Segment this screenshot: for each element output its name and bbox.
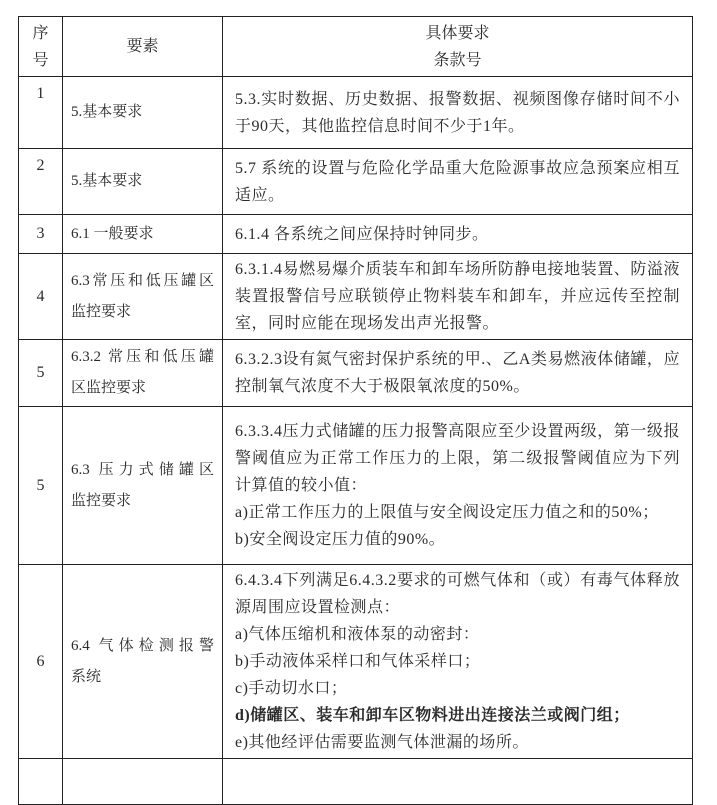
element-cell: 6.3常压和低压罐区监控要求	[63, 254, 223, 340]
requirement-paragraph: 6.3.3.4压力式储罐的压力报警高限应至少设置两级，第一级报警阈值应为正常工作…	[235, 418, 680, 499]
requirement-cell: 5.7 系统的设置与危险化学品重大危险源事故应急预案应相互适应。	[223, 149, 693, 215]
requirement-paragraph: 6.1.4 各系统之间应保持时钟同步。	[235, 221, 680, 248]
document-page: { "page": { "background": "#ffffff", "te…	[0, 0, 717, 761]
row-number-cell: 1	[19, 77, 63, 149]
requirement-paragraph: b)手动液体采样口和气体采样口；	[235, 648, 680, 675]
requirement-cell: 5.3.实时数据、历史数据、报警数据、视频图像存储时间不小于90天，其他监控信息…	[223, 77, 693, 149]
row-number-cell: 3	[19, 215, 63, 254]
element-line: 监控要求	[71, 486, 214, 517]
requirement-paragraph: 6.3.2.3设有氮气密封保护系统的甲.、乙A类易燃液体储罐，应控制氧气浓度不大…	[235, 346, 680, 400]
table-row: 2 5.基本要求 5.7 系统的设置与危险化学品重大危险源事故应急预案应相互适应…	[19, 149, 693, 215]
table-row: 3 6.1 一般要求 6.1.4 各系统之间应保持时钟同步。	[19, 215, 693, 254]
element-line: 区监控要求	[71, 373, 214, 404]
requirement-cell: 6.3.3.4压力式储罐的压力报警高限应至少设置两级，第一级报警阈值应为正常工作…	[223, 407, 693, 565]
requirement-cell: 6.1.4 各系统之间应保持时钟同步。	[223, 215, 693, 254]
header-no: 序 号	[19, 17, 63, 77]
row-number-cell: 5	[19, 407, 63, 565]
requirement-paragraph: e)其他经评估需要监测气体泄漏的场所。	[235, 729, 680, 756]
header-requirement: 具体要求 条款号	[223, 17, 693, 77]
header-element-label: 要素	[64, 33, 221, 60]
header-requirement-line2: 条款号	[224, 47, 691, 74]
element-cell: 6.3.2 常压和低压罐区监控要求	[63, 340, 223, 407]
header-no-line1: 序	[20, 20, 61, 47]
table-body: 1 5.基本要求 5.3.实时数据、历史数据、报警数据、视频图像存储时间不小于9…	[19, 77, 693, 762]
requirement-cell: 6.4.3.4下列满足6.4.3.2要求的可燃气体和（或）有毒气体释放源周围应设…	[223, 565, 693, 759]
row-number-cell: 6	[19, 565, 63, 759]
table-row: 6 6.4 气体检测报警系统 6.4.3.4下列满足6.4.3.2要求的可燃气体…	[19, 565, 693, 759]
element-cell: 5.基本要求	[63, 149, 223, 215]
requirement-paragraph: 6.4.3.4下列满足6.4.3.2要求的可燃气体和（或）有毒气体释放源周围应设…	[235, 567, 680, 621]
requirement-paragraph: 6.3.1.4易燃易爆介质装车和卸车场所防静电接地装置、防溢液装置报警信号应联锁…	[235, 256, 680, 337]
element-line: 5.基本要求	[71, 166, 214, 197]
table-header: 序 号 要素 具体要求 条款号	[19, 17, 693, 77]
element-cell: 5.基本要求	[63, 77, 223, 149]
row-number-cell: 2	[19, 149, 63, 215]
element-cell: 6.1 一般要求	[63, 215, 223, 254]
row-number-cell: 5	[19, 340, 63, 407]
row-number-cell: 4	[19, 254, 63, 340]
header-element: 要素	[63, 17, 223, 77]
element-line: 监控要求	[71, 297, 214, 328]
header-requirement-line1: 具体要求	[224, 20, 691, 47]
table-row: 5 6.3.2 常压和低压罐区监控要求 6.3.2.3设有氮气密封保护系统的甲.…	[19, 340, 693, 407]
requirement-paragraph: b)安全阀设定压力值的90%。	[235, 526, 680, 553]
element-line: 5.基本要求	[71, 97, 214, 128]
element-line: 6.3 压力式储罐区	[71, 455, 214, 486]
requirement-paragraph: a)气体压缩机和液体泵的动密封：	[235, 621, 680, 648]
requirement-cell: 6.3.2.3设有氮气密封保护系统的甲.、乙A类易燃液体储罐，应控制氧气浓度不大…	[223, 340, 693, 407]
table-row: 5 6.3 压力式储罐区监控要求 6.3.3.4压力式储罐的压力报警高限应至少设…	[19, 407, 693, 565]
requirement-paragraph: 5.7 系统的设置与危险化学品重大危险源事故应急预案应相互适应。	[235, 155, 680, 209]
element-line: 6.3常压和低压罐区	[71, 266, 214, 297]
table-row: 1 5.基本要求 5.3.实时数据、历史数据、报警数据、视频图像存储时间不小于9…	[19, 77, 693, 149]
table-row: 4 6.3常压和低压罐区监控要求 6.3.1.4易燃易爆介质装车和卸车场所防静电…	[19, 254, 693, 340]
header-no-line2: 号	[20, 47, 61, 74]
requirement-paragraph: d)储罐区、装车和卸车区物料进出连接法兰或阀门组；	[235, 702, 680, 729]
element-line: 系统	[71, 662, 214, 693]
requirements-table: 序 号 要素 具体要求 条款号 1 5.基本要求 5.3.实时数据、历史数据、报…	[18, 16, 693, 761]
element-cell: 6.3 压力式储罐区监控要求	[63, 407, 223, 565]
element-cell: 6.4 气体检测报警系统	[63, 565, 223, 759]
element-line: 6.4 气体检测报警	[71, 631, 214, 662]
requirement-paragraph: a)正常工作压力的上限值与安全阀设定压力值之和的50%；	[235, 499, 680, 526]
element-line: 6.1 一般要求	[71, 219, 214, 250]
header-row: 序 号 要素 具体要求 条款号	[19, 17, 693, 77]
element-line: 6.3.2 常压和低压罐	[71, 342, 214, 373]
requirement-paragraph: 5.3.实时数据、历史数据、报警数据、视频图像存储时间不小于90天，其他监控信息…	[235, 86, 680, 140]
requirement-cell: 6.3.1.4易燃易爆介质装车和卸车场所防静电接地装置、防溢液装置报警信号应联锁…	[223, 254, 693, 340]
requirement-paragraph: c)手动切水口；	[235, 675, 680, 702]
